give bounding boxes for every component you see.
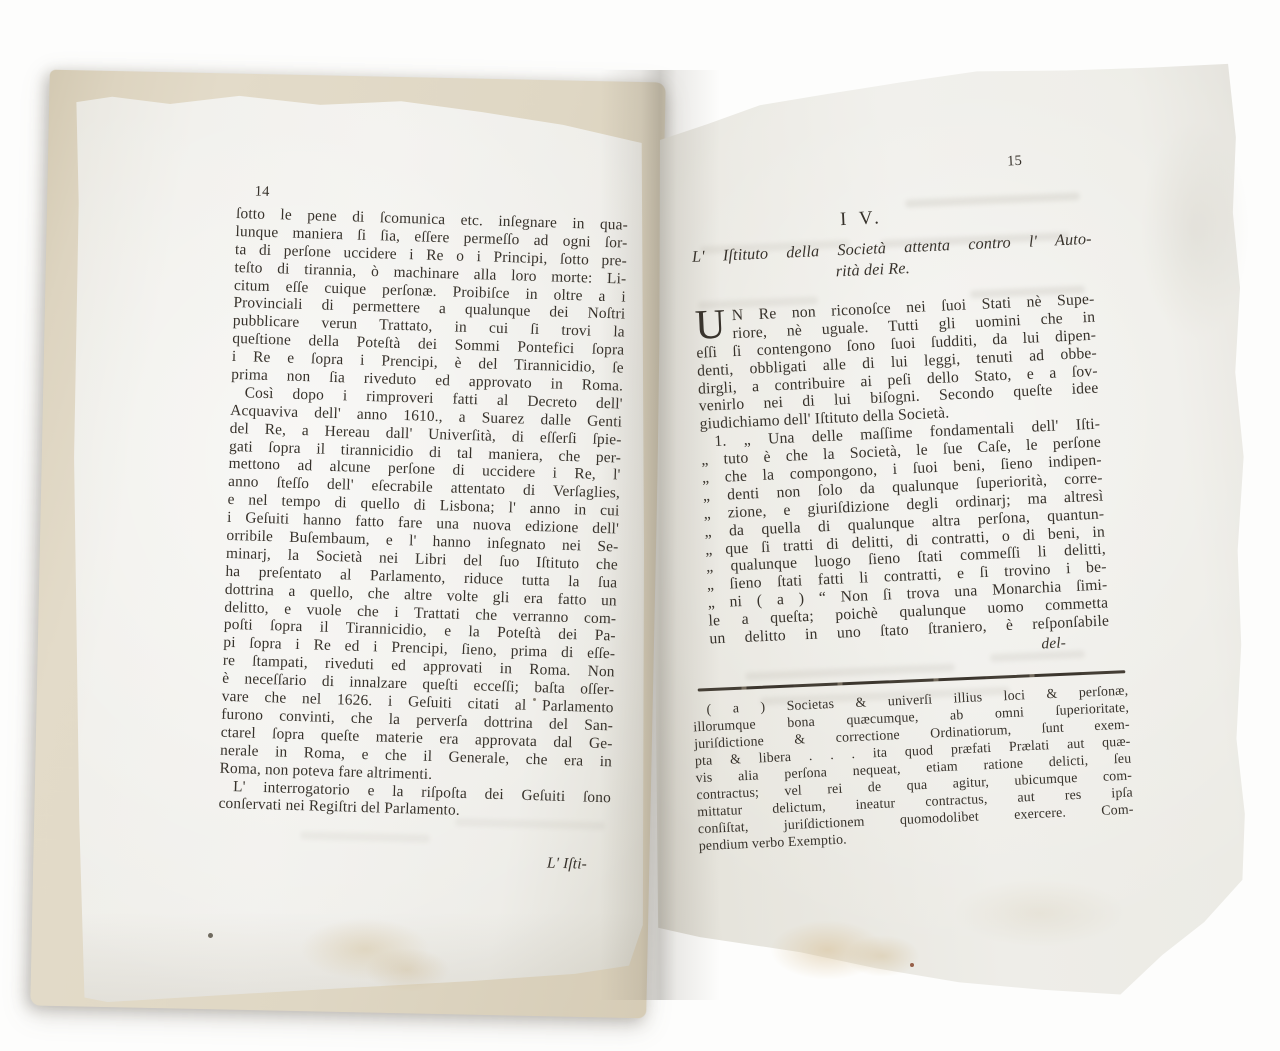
section-title: L' Iſtituto della Società attenta contro… — [692, 230, 1093, 290]
right-text-column: U N Re non riconoſce nei ſuoi Stati nè S… — [694, 292, 1109, 650]
drop-cap: U — [694, 305, 726, 344]
footnote: ( a ) Societas & univerſi illius loci & … — [692, 684, 1134, 857]
book-photo: 14 ſotto le pene di ſcomunica etc. inſeg… — [0, 0, 1280, 1051]
right-page-text: 15 I V. L' Iſtituto della Società attent… — [688, 150, 1119, 856]
left-text-column: ſotto le pene di ſcomunica etc. inſegnar… — [218, 206, 628, 826]
left-page-text: 14 ſotto le pene di ſcomunica etc. inſeg… — [217, 183, 629, 875]
